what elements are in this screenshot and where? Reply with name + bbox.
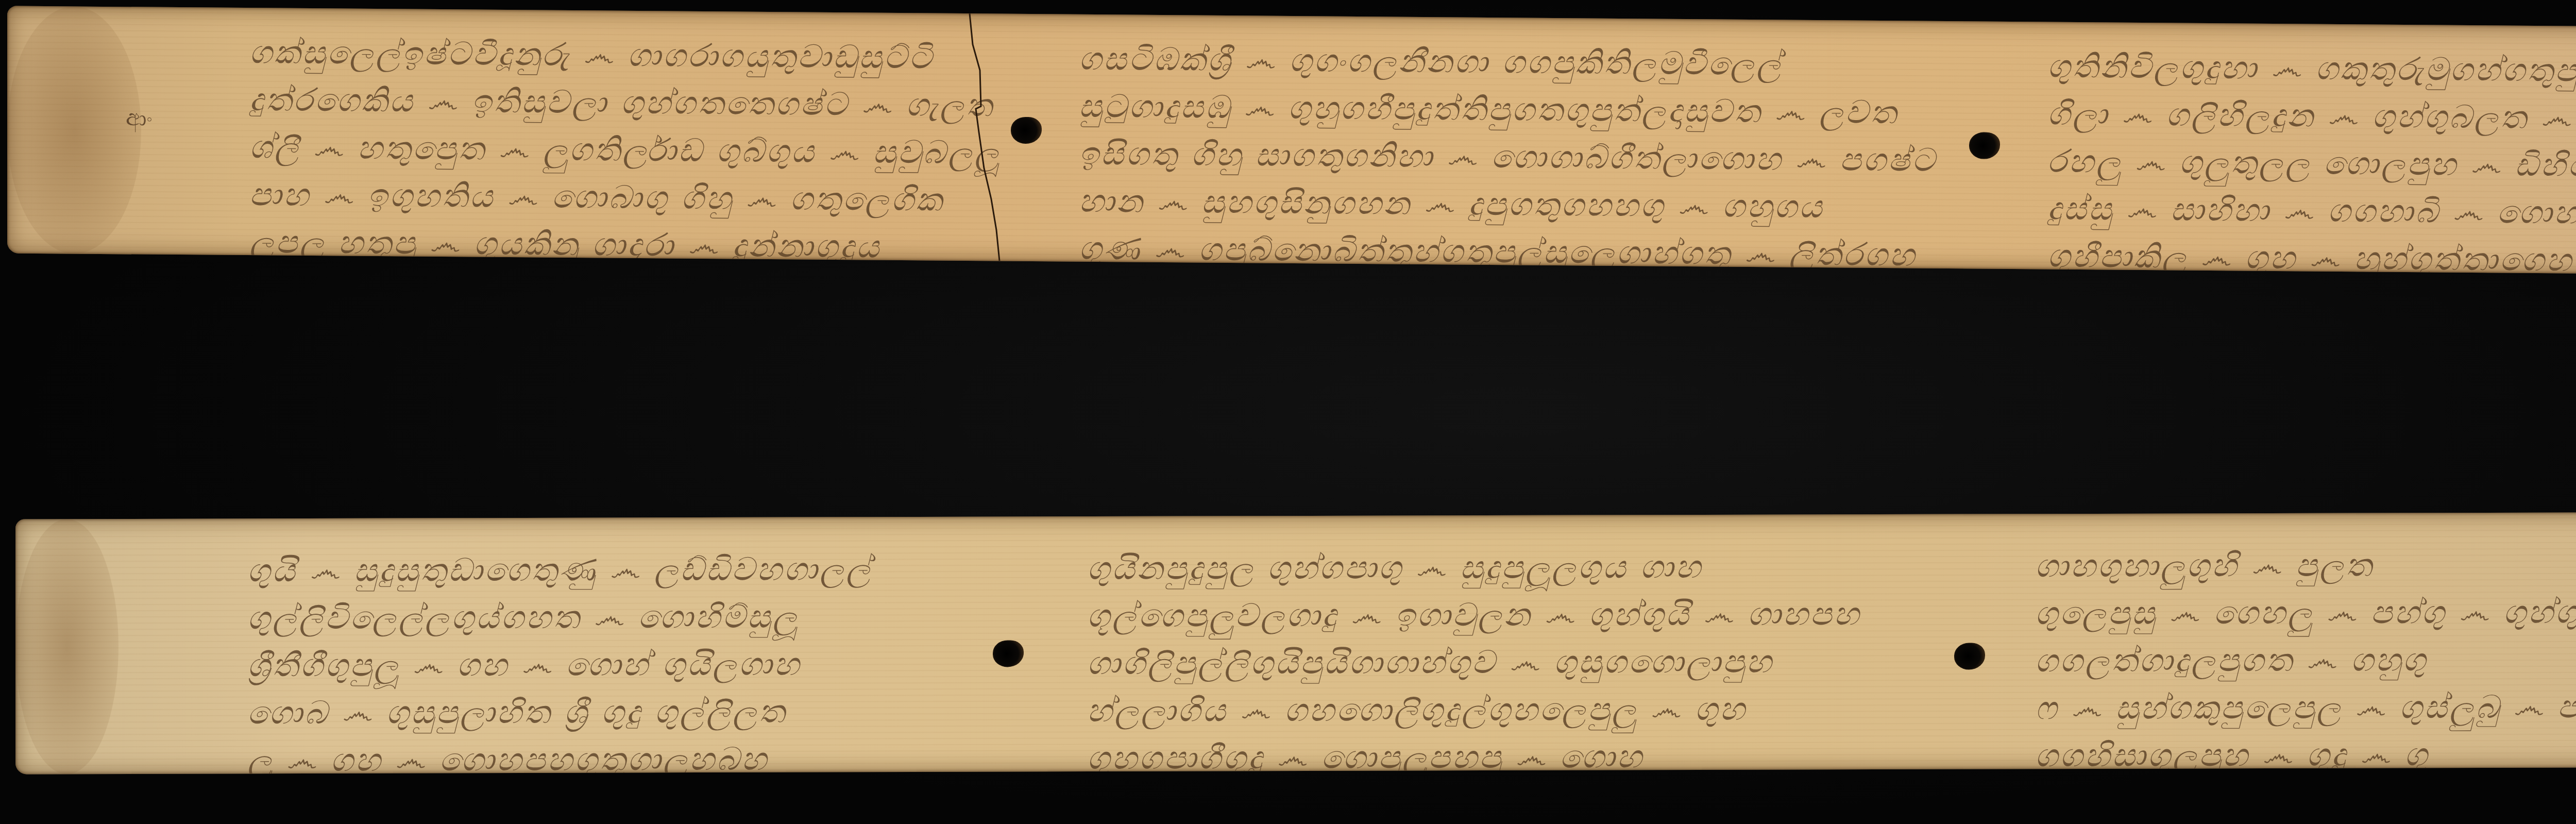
text-line: දුස්සු ෴ සාහිහා ෴ ගගහාබි ෴ ගොහ්ගි ෴ පගෂ්… bbox=[2047, 185, 2576, 238]
text-line: ගුයි ෴ සුදුසුතුඩාගෙතුණු ෴ ලඩ්ඩිවහගාලල් bbox=[247, 545, 872, 594]
text-line: හාන ෴ සුහගුසිනුගහන ෴ දුපුගතුගහහගු ෴ ගහුග… bbox=[1079, 177, 1937, 231]
text-line: ශ්‍රීතීගීගුපුලූ ෴ ගහ ෴ ගොහ් ගුයිලගාහ bbox=[247, 640, 872, 689]
binding-hole-right bbox=[1969, 132, 2000, 159]
text-line: ගසටිඹක්ශ්‍රී ෴ ගුගංගලනීනගා ගගපුකිතිලමුවී… bbox=[1079, 35, 1937, 89]
text-line: රහලු ෴ ගුලුතුලල ගොලපුහ ෴ ඩිහිගොබ bbox=[2047, 138, 2576, 191]
text-line: ගොබ ෴ ගුසුපුලාහිත ශ්‍රී ගුදු ගුල්ලිලත bbox=[247, 687, 872, 736]
text-segment-middle: ගසටිඹක්ශ්‍රී ෴ ගුගංගලනීනගා ගගපුකිතිලමුවී… bbox=[1079, 35, 1937, 277]
palm-leaf-top: ආං ගක්සුලෙල්ඉෂ්ටවීදූනුරු ෴ ගාගරාගයුතුවාඩ… bbox=[7, 6, 2576, 276]
palm-leaf-bottom: ගුයි ෴ සුදුසුතුඩාගෙතුණු ෴ ලඩ්ඩිවහගාලල් ග… bbox=[15, 511, 2576, 774]
text-line: ගක්සුලෙල්ඉෂ්ටවීදූනුරු ෴ ගාගරාගයුතුවාඩුසු… bbox=[249, 28, 1001, 81]
text-line: ගුහගපාගීගුදු ෴ ගොපුලුපහපු ෴ ගොහ bbox=[1087, 732, 1861, 774]
folio-number: ආං bbox=[126, 105, 152, 131]
text-line: ගිලා ෴ ගලිහිලදුන ෴ ගුහ්ගුබලත ෴ ගුයා ෴ ගො… bbox=[2047, 90, 2576, 143]
text-line: ගුහීපාකිල ෴ ගුහ ෴ හුහ්ගුත්තාගෙහ bbox=[2047, 232, 2576, 277]
leaf-edge-stain bbox=[7, 6, 141, 254]
text-line: ගුතිනිවිලගුදුහා ෴ ගකුතුරුමුගහ්ගතුපුල bbox=[2047, 43, 2576, 96]
text-line: ගූල්ගෙපුලුවලගාදු ෴ ඉගාවුලන ෴ ගුහ්ගුයි ෴ … bbox=[1087, 590, 1861, 640]
text-segment-right: ගුතිනිවිලගුදුහා ෴ ගකුතුරුමුගහ්ගතුපුල ගිල… bbox=[2047, 43, 2576, 277]
binding-hole-right bbox=[1954, 643, 1985, 669]
text-line: දුත්රගෙකිය ෴ ඉතිසුවලා ගුහ්ගතතෙගෂ්ට ෴ ගැල… bbox=[249, 76, 1001, 129]
text-segment-right: ගාහගුහාලුගුහි ෴ පුලත ගුලෙපුසු ෴ ගෙහලු ෴ … bbox=[2035, 541, 2576, 774]
text-segment-left: ගුයි ෴ සුදුසුතුඩාගෙතුණු ෴ ලඩ්ඩිවහගාලල් ග… bbox=[247, 545, 872, 774]
leaf-edge-stain bbox=[15, 519, 118, 775]
text-line: ෆ ෴ සුහ්ගකුපුලෙපුල ෴ ගුස්ලුබු ෴ පගුහ bbox=[2035, 683, 2576, 732]
text-line: ගුයිනපුදුපුල ගුහ්ගපාගු ෴ සුදුපුලූලගුය ගා… bbox=[1087, 543, 1861, 592]
text-line: පාහ ෴ ඉගුහතිය ෴ ගොබාගු ගිහු ෴ ගතුලෙගික bbox=[249, 171, 1001, 224]
text-line: ඉසිගතු ගිහු සාගතුගනිහා ෴ ගොගාබ්ගීත්ලාගොහ… bbox=[1079, 130, 1937, 184]
text-line: ගගහිසාගුලපුහ ෴ ගුදු ෴ ගු bbox=[2035, 730, 2576, 774]
text-line: ගුලෙපුසු ෴ ගෙහලු ෴ පහ්ගු ෴ ගුහ්ගුල bbox=[2035, 588, 2576, 637]
text-line: ගාහගුහාලුගුහි ෴ පුලත bbox=[2035, 541, 2576, 590]
text-line: සුටුගාදුසඹු ෴ ගුහුගහීපුදුත්තිපුගතගුපුත්ල… bbox=[1079, 82, 1937, 137]
text-line: හ්ලලාගිය ෴ ගහගොලිගුදුල්ගුහලෙපුලු ෴ ගුහ bbox=[1087, 685, 1861, 734]
text-line: ශ්ලී ෴ හතුපෙුත ෴ ලුගතිර්ලාඩ ගුබ්ගුය ෴ සු… bbox=[249, 123, 1001, 176]
text-line: ගුල්ලිවිලෙල්ලගුය්ගහත ෴ ගොහිම්සුලූ bbox=[247, 593, 872, 642]
text-segment-left: ගක්සුලෙල්ඉෂ්ටවීදූනුරු ෴ ගාගරාගයුතුවාඩුසු… bbox=[249, 28, 1001, 271]
text-line: ගාගිලිපුල්ලිගුයිපුයිගාගාහ්ගුව ෴ ගුසුගගොල… bbox=[1087, 637, 1861, 687]
binding-hole-left bbox=[993, 640, 1024, 667]
text-line: ලූ ෴ ගහ ෴ ගොහපහගුතුගාලහබහ bbox=[247, 735, 872, 774]
text-segment-middle: ගුයිනපුදුපුල ගුහ්ගපාගු ෴ සුදුපුලූලගුය ගා… bbox=[1087, 543, 1861, 774]
text-line: ගගලත්ගාදුලපුගත ෴ ගහුගු bbox=[2035, 635, 2576, 684]
binding-hole-left bbox=[1011, 117, 1042, 144]
